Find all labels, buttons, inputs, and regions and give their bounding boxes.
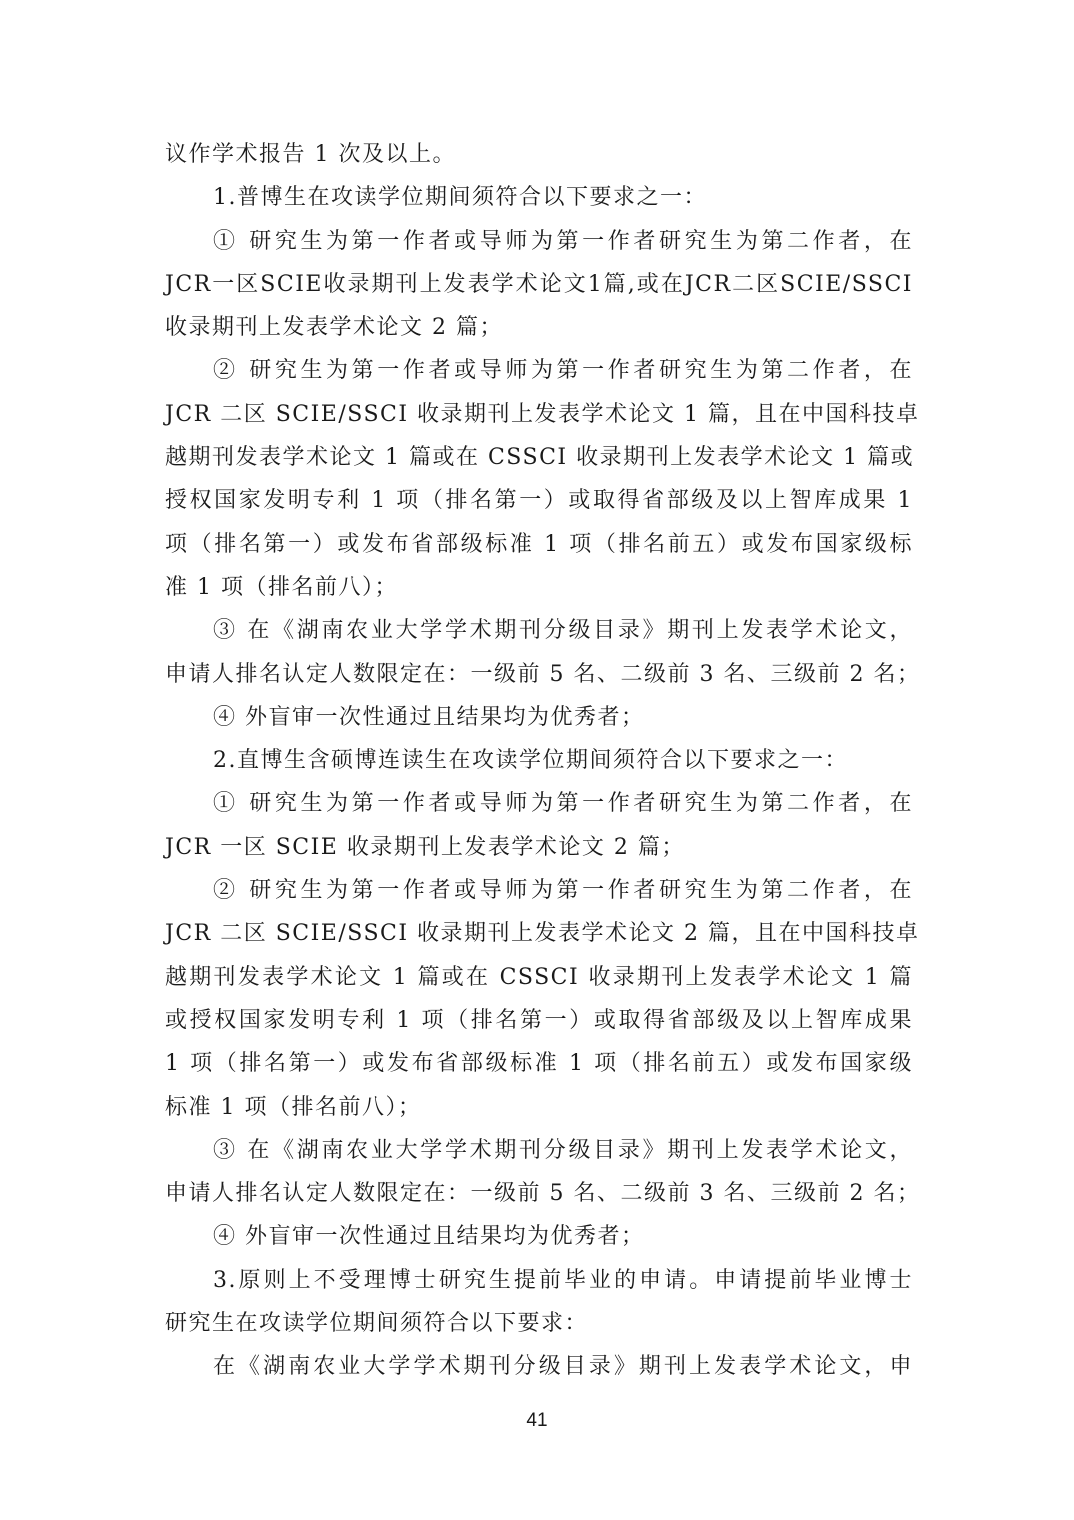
text-line: 1 项（排名第一）或发布省部级标准 1 项（排名前五）或发布国家级	[165, 1042, 913, 1085]
text-line: ④ 外盲审一次性通过且结果均为优秀者；	[165, 696, 913, 739]
text-line: 申请人排名认定人数限定在：一级前 5 名、二级前 3 名、三级前 2 名；	[165, 1172, 913, 1215]
document-page: 议作学术报告 1 次及以上。1.普博生在攻读学位期间须符合以下要求之一：① 研究…	[165, 133, 913, 1389]
text-line: 1.普博生在攻读学位期间须符合以下要求之一：	[165, 176, 913, 219]
text-line: ① 研究生为第一作者或导师为第一作者研究生为第二作者，在	[165, 782, 913, 825]
text-line: ② 研究生为第一作者或导师为第一作者研究生为第二作者，在	[165, 349, 913, 392]
text-line: 议作学术报告 1 次及以上。	[165, 133, 913, 176]
text-line: ③ 在《湖南农业大学学术期刊分级目录》期刊上发表学术论文，	[165, 609, 913, 652]
text-line: 在《湖南农业大学学术期刊分级目录》期刊上发表学术论文，申	[165, 1345, 913, 1388]
text-line: 申请人排名认定人数限定在：一级前 5 名、二级前 3 名、三级前 2 名；	[165, 653, 913, 696]
text-line: ④ 外盲审一次性通过且结果均为优秀者；	[165, 1215, 913, 1258]
page-number: 41	[0, 1410, 1074, 1432]
text-line: 越期刊发表学术论文 1 篇或在 CSSCI 收录期刊上发表学术论文 1 篇或	[165, 436, 913, 479]
text-line: JCR 二区 SCIE/SSCI 收录期刊上发表学术论文 1 篇，且在中国科技卓	[165, 393, 913, 436]
text-line: 2.直博生含硕博连读生在攻读学位期间须符合以下要求之一：	[165, 739, 913, 782]
text-line: JCR一区SCIE收录期刊上发表学术论文1篇,或在JCR二区SCIE/SSCI	[165, 263, 913, 306]
text-line: 授权国家发明专利 1 项（排名第一）或取得省部级及以上智库成果 1	[165, 479, 913, 522]
text-line: 标准 1 项（排名前八）；	[165, 1086, 913, 1129]
text-line: ② 研究生为第一作者或导师为第一作者研究生为第二作者，在	[165, 869, 913, 912]
text-line: ③ 在《湖南农业大学学术期刊分级目录》期刊上发表学术论文，	[165, 1129, 913, 1172]
text-line: 或授权国家发明专利 1 项（排名第一）或取得省部级及以上智库成果	[165, 999, 913, 1042]
text-line: JCR 二区 SCIE/SSCI 收录期刊上发表学术论文 2 篇，且在中国科技卓	[165, 912, 913, 955]
text-line: 3.原则上不受理博士研究生提前毕业的申请。申请提前毕业博士	[165, 1259, 913, 1302]
text-line: 准 1 项（排名前八）；	[165, 566, 913, 609]
text-line: 越期刊发表学术论文 1 篇或在 CSSCI 收录期刊上发表学术论文 1 篇	[165, 956, 913, 999]
text-line: 研究生在攻读学位期间须符合以下要求：	[165, 1302, 913, 1345]
text-line: ① 研究生为第一作者或导师为第一作者研究生为第二作者，在	[165, 220, 913, 263]
text-line: JCR 一区 SCIE 收录期刊上发表学术论文 2 篇；	[165, 826, 913, 869]
text-line: 收录期刊上发表学术论文 2 篇；	[165, 306, 913, 349]
text-line: 项（排名第一）或发布省部级标准 1 项（排名前五）或发布国家级标	[165, 523, 913, 566]
